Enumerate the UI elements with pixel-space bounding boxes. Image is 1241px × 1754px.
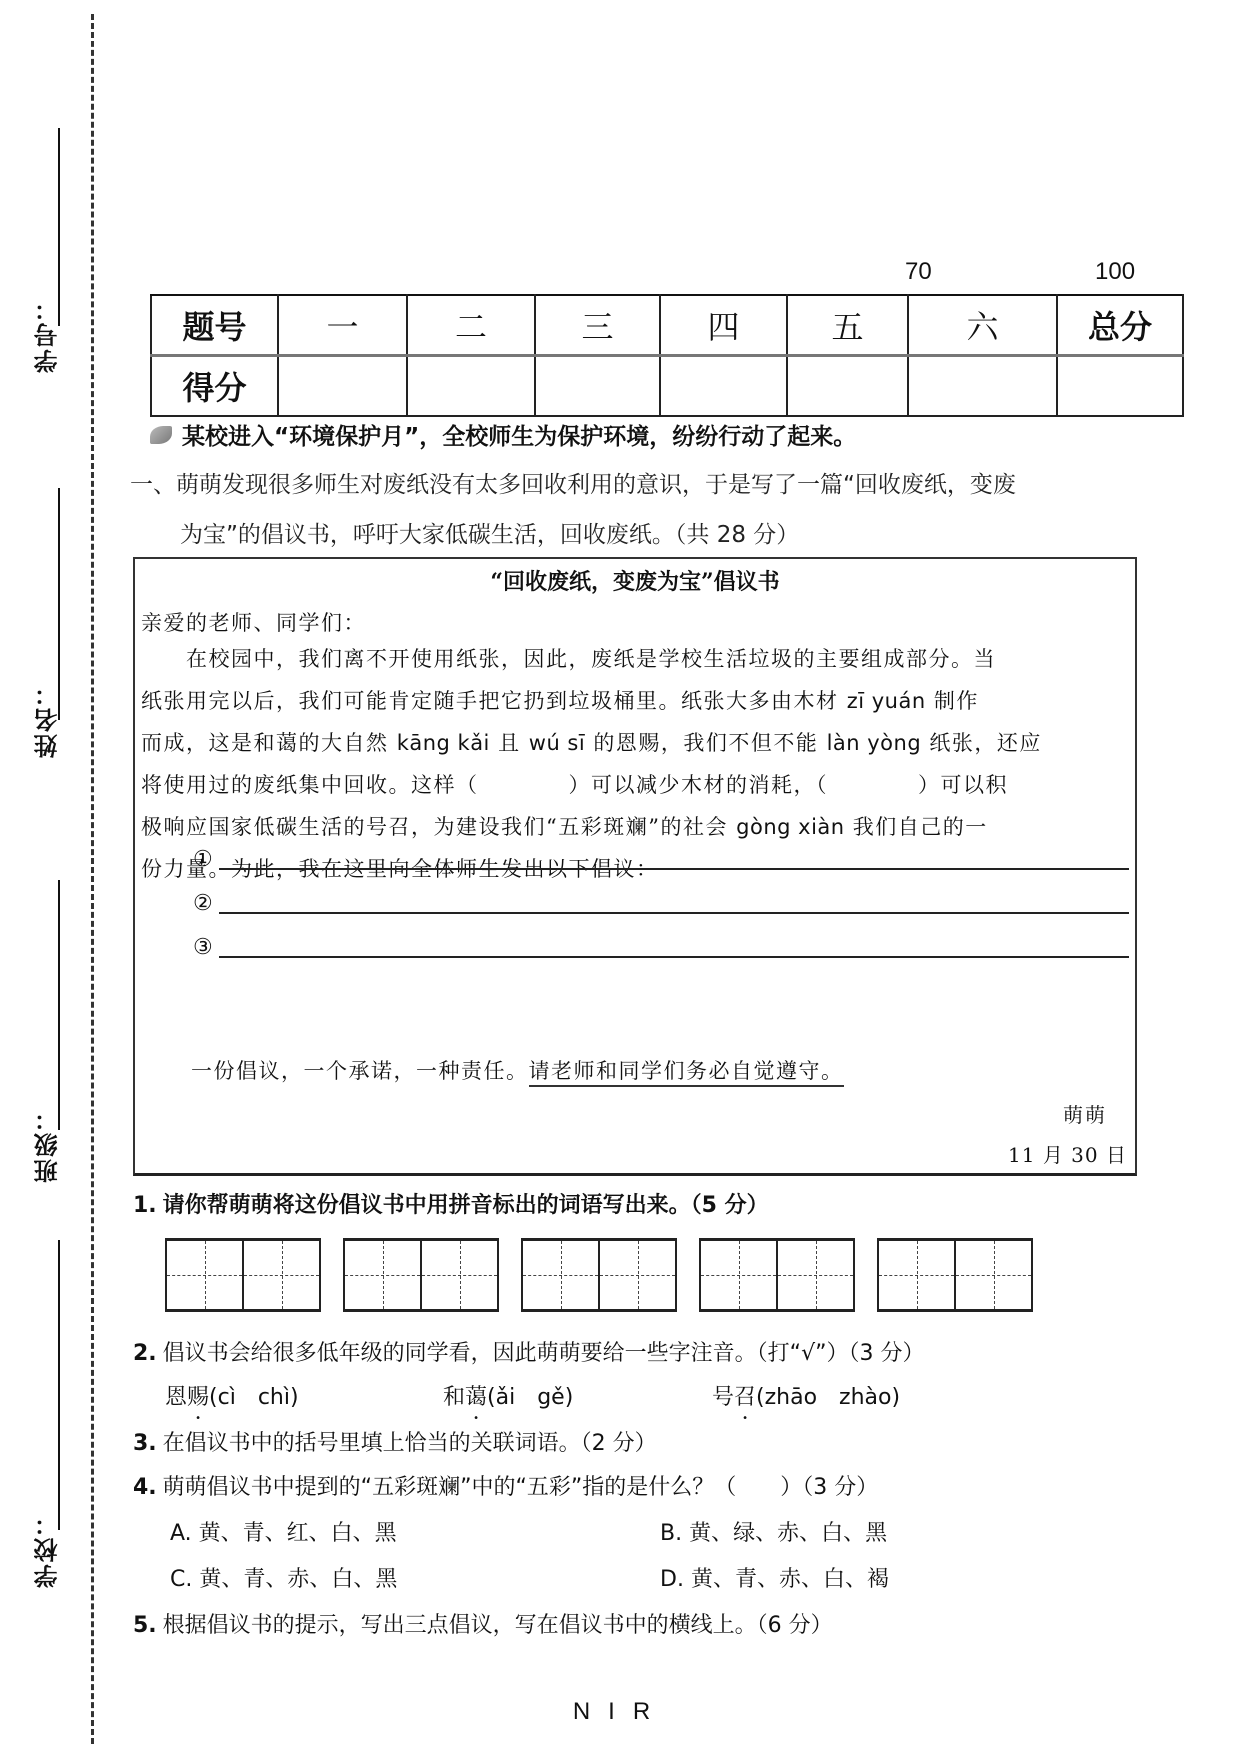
choice-text: 黄、绿、赤、白、黑 — [689, 1521, 887, 1546]
question-text: 倡议书会给很多低年级的同学看，因此萌萌要给一些字注音。（打“√”）（3 分） — [163, 1341, 925, 1366]
question-text: 请你帮萌萌将这份倡议书中用拼音标出的词语写出来。（5 分） — [163, 1193, 769, 1218]
score-cell-four[interactable] — [660, 356, 787, 417]
student-info-label: 班级： — [30, 1105, 60, 1183]
tian-grid-cell[interactable] — [701, 1241, 776, 1309]
choice-text: 黄、青、红、白、黑 — [199, 1521, 397, 1546]
choice-label: D. — [660, 1567, 684, 1592]
item-number: ② — [193, 891, 219, 916]
section-one-heading: 一、萌萌发现很多师生对废纸没有太多回收利用的意识，于是写了一篇“回收废纸，变废 … — [130, 460, 1160, 560]
student-info-write-line[interactable] — [58, 1240, 60, 1530]
proposal-title: “回收废纸，变废为宝”倡议书 — [135, 565, 1135, 596]
proposal-write-line-3[interactable]: ③ — [193, 935, 1129, 960]
header-cell-two: 二 — [407, 295, 535, 356]
pinyin-options[interactable]: (zhāo zhào) — [756, 1385, 900, 1410]
word-char: 和 — [443, 1385, 465, 1410]
body-text: ）可以减少木材的消耗，（ — [569, 773, 829, 797]
proposal-signer: 萌萌 — [1063, 1099, 1107, 1128]
question-text: 根据倡议书的提示，写出三点倡议，写在倡议书中的横线上。（6 分） — [163, 1613, 833, 1638]
choice-label: C. — [170, 1567, 192, 1592]
score-cell-two[interactable] — [407, 356, 535, 417]
pinyin-options[interactable]: (cì chì) — [209, 1385, 299, 1410]
proposal-letter-box: “回收废纸，变废为宝”倡议书 亲爱的老师、同学们： 在校园中，我们离不开使用纸张… — [133, 557, 1137, 1176]
body-text: 将使用过的废纸集中回收。这样（ — [141, 773, 479, 797]
header-cell-one: 一 — [278, 295, 407, 356]
question-4: 4.萌萌倡议书中提到的“五彩斑斓”中的“五彩”指的是什么？（ ）（3 分） — [133, 1470, 878, 1501]
item-number: ③ — [193, 935, 219, 960]
score-cell-three[interactable] — [535, 356, 660, 417]
body-text: ）可以积 — [918, 773, 1008, 797]
dotted-target-char: 蔼 — [465, 1385, 487, 1410]
tian-grid-box[interactable] — [521, 1238, 677, 1312]
word-char: 恩 — [165, 1385, 187, 1410]
score-cell-total[interactable] — [1057, 356, 1183, 417]
proposal-body-line: 而成，这是和蔼的大自然 kāng kǎi 且 wú sī 的恩赐，我们不但不能 … — [141, 727, 1042, 757]
word-char: 号 — [712, 1385, 734, 1410]
body-text: 制作 — [926, 689, 979, 713]
tian-grid-cell[interactable] — [167, 1241, 242, 1309]
question-number: 2. — [133, 1341, 157, 1366]
question-number: 4. — [133, 1475, 157, 1500]
question-number: 3. — [133, 1431, 157, 1456]
student-info-label: 学号： — [30, 295, 60, 373]
body-text: 纸张用完以后，我们可能肯定随手把它扔到垃圾桶里。纸张大多由木材 — [141, 689, 847, 713]
body-text: 我们自己的一 — [845, 815, 988, 839]
body-text: 的恩赐，我们不但不能 — [585, 731, 826, 755]
header-cell-question-number: 题号 — [151, 295, 278, 356]
tian-grid-answer-row — [165, 1238, 1033, 1312]
tian-grid-box[interactable] — [877, 1238, 1033, 1312]
question-2: 2.倡议书会给很多低年级的同学看，因此萌萌要给一些字注音。（打“√”）（3 分） — [133, 1336, 924, 1367]
choice-label: A. — [170, 1521, 192, 1546]
score-cell-one[interactable] — [278, 356, 407, 417]
question-text: 在倡议书中的括号里填上恰当的关联词语。（2 分） — [163, 1431, 657, 1456]
pinyin-word: wú sī — [529, 731, 585, 755]
tian-grid-cell[interactable] — [879, 1241, 954, 1309]
tian-grid-cell[interactable] — [776, 1241, 853, 1309]
tian-grid-cell[interactable] — [523, 1241, 598, 1309]
score-cell-six[interactable] — [908, 356, 1057, 417]
score-row-label: 得分 — [151, 356, 278, 417]
total-max-score: 100 — [1095, 258, 1135, 286]
question-5: 5.根据倡议书的提示，写出三点倡议，写在倡议书中的横线上。（6 分） — [133, 1608, 833, 1639]
binding-cut-line — [91, 14, 94, 1744]
section-one-line2: 为宝”的倡议书，呼吁大家低碳生活，回收废纸。（共 28 分） — [130, 510, 1160, 560]
page-footer: NIR — [0, 1698, 1241, 1726]
score-table-header-row: 题号 一 二 三 四 五 六 总分 — [151, 295, 1183, 356]
tian-grid-box[interactable] — [699, 1238, 855, 1312]
tian-grid-cell[interactable] — [242, 1241, 319, 1309]
proposal-body-line: 在校园中，我们离不开使用纸张，因此，废纸是学校生活垃圾的主要组成部分。当 — [141, 643, 996, 673]
tian-grid-cell[interactable] — [954, 1241, 1031, 1309]
choice-a[interactable]: A. 黄、青、红、白、黑 — [170, 1516, 397, 1547]
leaf-icon — [150, 426, 172, 444]
proposal-write-line-1[interactable]: ① — [193, 847, 1129, 872]
pinyin-word: làn yòng — [827, 731, 922, 755]
scenario-intro-text: 某校进入“环境保护月”，全校师生为保护环境，纷纷行动了起来。 — [182, 418, 856, 451]
proposal-body-line: 极响应国家低碳生活的号召，为建设我们“五彩斑斓”的社会 gòng xiàn 我们… — [141, 811, 988, 841]
choice-b[interactable]: B. 黄、绿、赤、白、黑 — [660, 1516, 887, 1547]
dotted-target-char: 召 — [734, 1385, 756, 1410]
score-cell-five[interactable] — [787, 356, 908, 417]
answer-rule[interactable] — [219, 956, 1129, 958]
header-cell-total: 总分 — [1057, 295, 1183, 356]
body-text: 极响应国家低碳生活的号召，为建设我们“五彩斑斓”的社会 — [141, 815, 736, 839]
question-3: 3.在倡议书中的括号里填上恰当的关联词语。（2 分） — [133, 1426, 657, 1457]
tian-grid-cell[interactable] — [598, 1241, 675, 1309]
score-table: 题号 一 二 三 四 五 六 总分 得分 — [150, 294, 1184, 417]
scenario-intro: 某校进入“环境保护月”，全校师生为保护环境，纷纷行动了起来。 — [150, 418, 856, 451]
score-table-score-row: 得分 — [151, 356, 1183, 417]
pinyin-word: zī yuán — [847, 689, 926, 713]
pronunciation-item[interactable]: 和蔼(ǎi gě) — [443, 1380, 573, 1411]
proposal-commitment: 一份倡议，一个承诺，一种责任。请老师和同学们务必自觉遵守。 — [191, 1055, 844, 1085]
student-info-write-line[interactable] — [58, 880, 60, 1130]
body-text: 而成，这是和蔼的大自然 — [141, 731, 397, 755]
header-cell-four: 四 — [660, 295, 787, 356]
header-cell-three: 三 — [535, 295, 660, 356]
answer-rule[interactable] — [219, 868, 1129, 870]
student-info-label: 姓名： — [30, 680, 60, 758]
pinyin-word: kāng kǎi — [397, 731, 490, 755]
proposal-body-line: 纸张用完以后，我们可能肯定随手把它扔到垃圾桶里。纸张大多由木材 zī yuán … — [141, 685, 979, 715]
choice-text: 黄、青、赤、白、褐 — [691, 1567, 889, 1592]
pronunciation-item[interactable]: 号召(zhāo zhào) — [712, 1380, 900, 1411]
choice-c[interactable]: C. 黄、青、赤、白、黑 — [170, 1562, 397, 1593]
question-number: 1. — [133, 1193, 157, 1218]
body-text: 在校园中，我们离不开使用纸张，因此，废纸是学校生活垃圾的主要组成部分。当 — [141, 647, 996, 671]
choice-label: B. — [660, 1521, 682, 1546]
pinyin-word: gòng xiàn — [736, 815, 844, 839]
header-cell-five: 五 — [787, 295, 908, 356]
pinyin-options[interactable]: (ǎi gě) — [487, 1385, 573, 1410]
question-1: 1.请你帮萌萌将这份倡议书中用拼音标出的词语写出来。（5 分） — [133, 1188, 769, 1219]
pronunciation-item[interactable]: 恩赐(cì chì) — [165, 1380, 299, 1411]
section-six-max-score: 70 — [905, 258, 932, 286]
tian-grid-box[interactable] — [343, 1238, 499, 1312]
proposal-body-line: 将使用过的废纸集中回收。这样（）可以减少木材的消耗，（）可以积 — [141, 769, 1008, 799]
proposal-write-line-2[interactable]: ② — [193, 891, 1129, 916]
body-text: 且 — [490, 731, 529, 755]
commitment-plain: 一份倡议，一个承诺，一种责任。 — [191, 1059, 529, 1083]
dotted-target-char: 赐 — [187, 1385, 209, 1410]
section-one-line1: 一、萌萌发现很多师生对废纸没有太多回收利用的意识，于是写了一篇“回收废纸，变废 — [130, 460, 1160, 510]
item-number: ① — [193, 847, 219, 872]
header-cell-six: 六 — [908, 295, 1057, 356]
tian-grid-cell[interactable] — [420, 1241, 497, 1309]
choice-d[interactable]: D. 黄、青、赤、白、褐 — [660, 1562, 889, 1593]
proposal-date: 11 月 30 日 — [1008, 1139, 1127, 1168]
choice-text: 黄、青、赤、白、黑 — [199, 1567, 397, 1592]
proposal-greeting: 亲爱的老师、同学们： — [141, 607, 366, 637]
commitment-underlined: 请老师和同学们务必自觉遵守。 — [529, 1059, 844, 1087]
question-text: 萌萌倡议书中提到的“五彩斑斓”中的“五彩”指的是什么？（ ）（3 分） — [163, 1475, 879, 1500]
body-text: 纸张，还应 — [921, 731, 1042, 755]
answer-rule[interactable] — [219, 912, 1129, 914]
tian-grid-cell[interactable] — [345, 1241, 420, 1309]
student-info-label: 学校： — [30, 1510, 60, 1588]
tian-grid-box[interactable] — [165, 1238, 321, 1312]
question-number: 5. — [133, 1613, 157, 1638]
